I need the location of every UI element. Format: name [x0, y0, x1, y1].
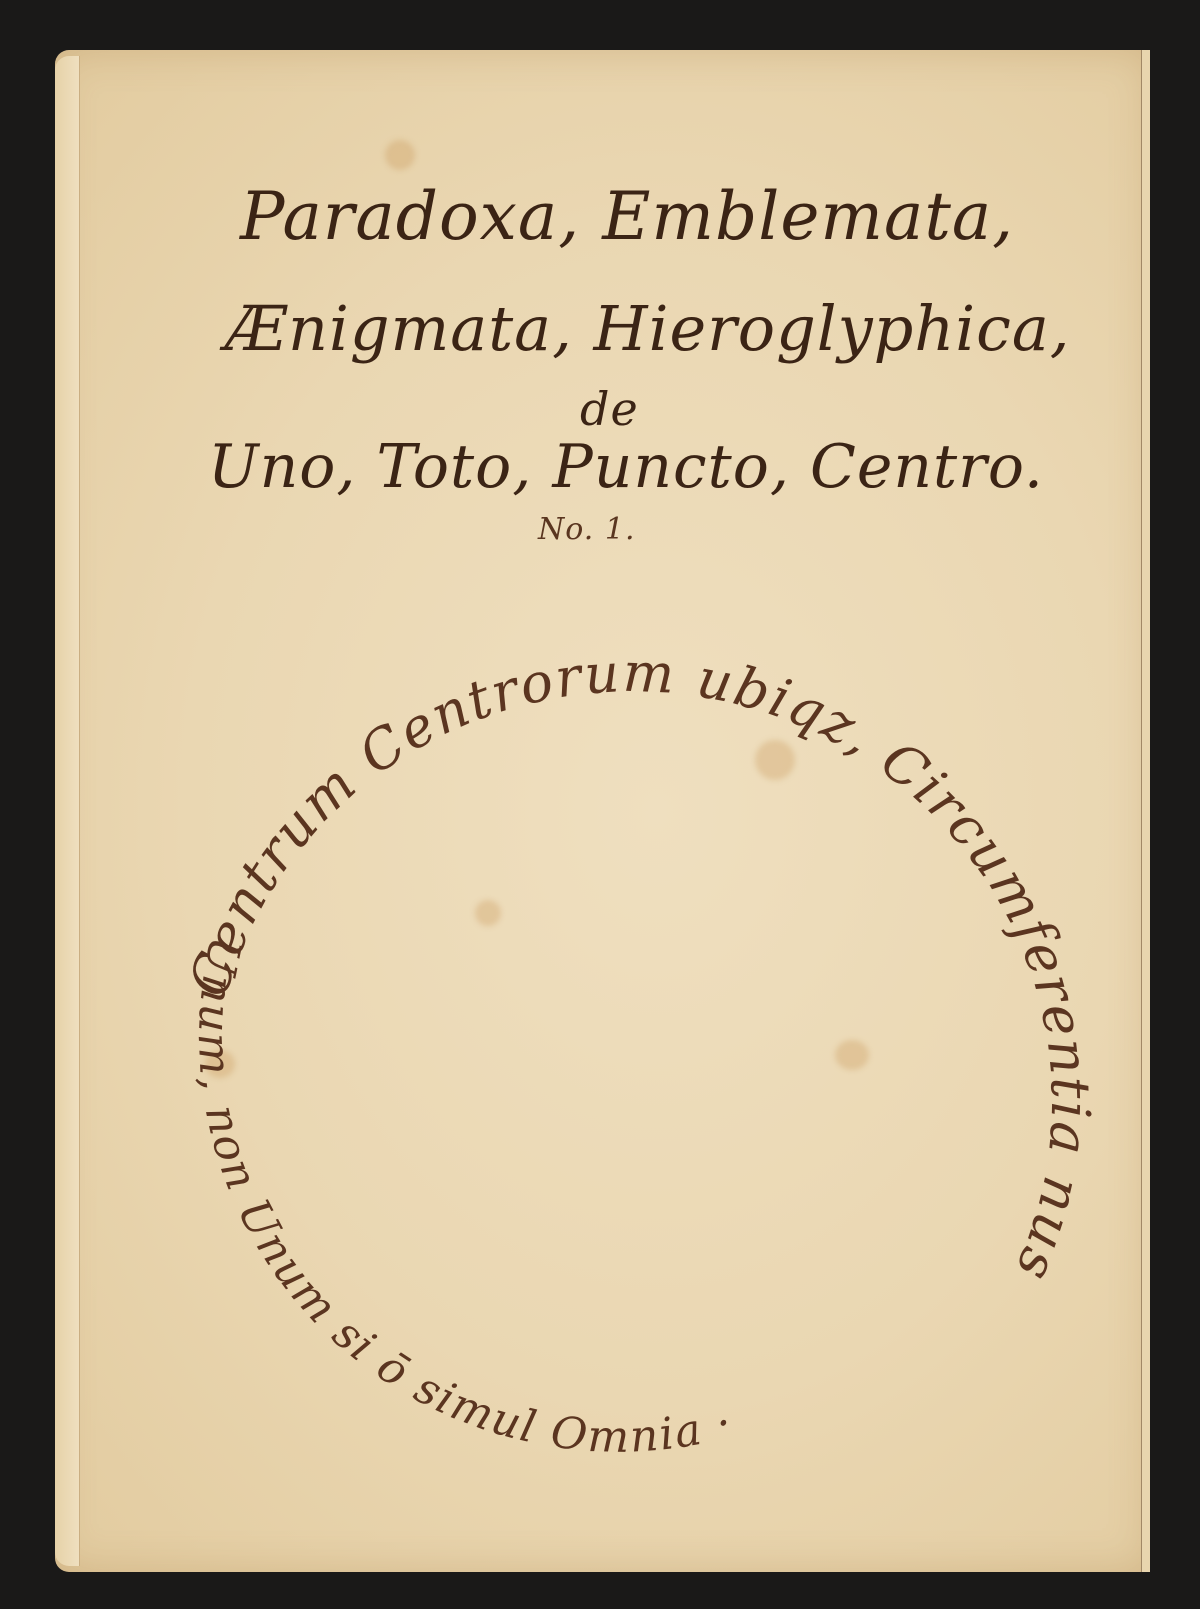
circular-inscription: Centrum Centrorum ubiqz, Circumferentia … [0, 0, 1200, 1609]
circle-text-upper: Centrum Centrorum ubiqz, Circumferentia … [0, 0, 1102, 1291]
circle-text-lower: Unum, non Unum si ō simul Omnia · [188, 933, 739, 1463]
